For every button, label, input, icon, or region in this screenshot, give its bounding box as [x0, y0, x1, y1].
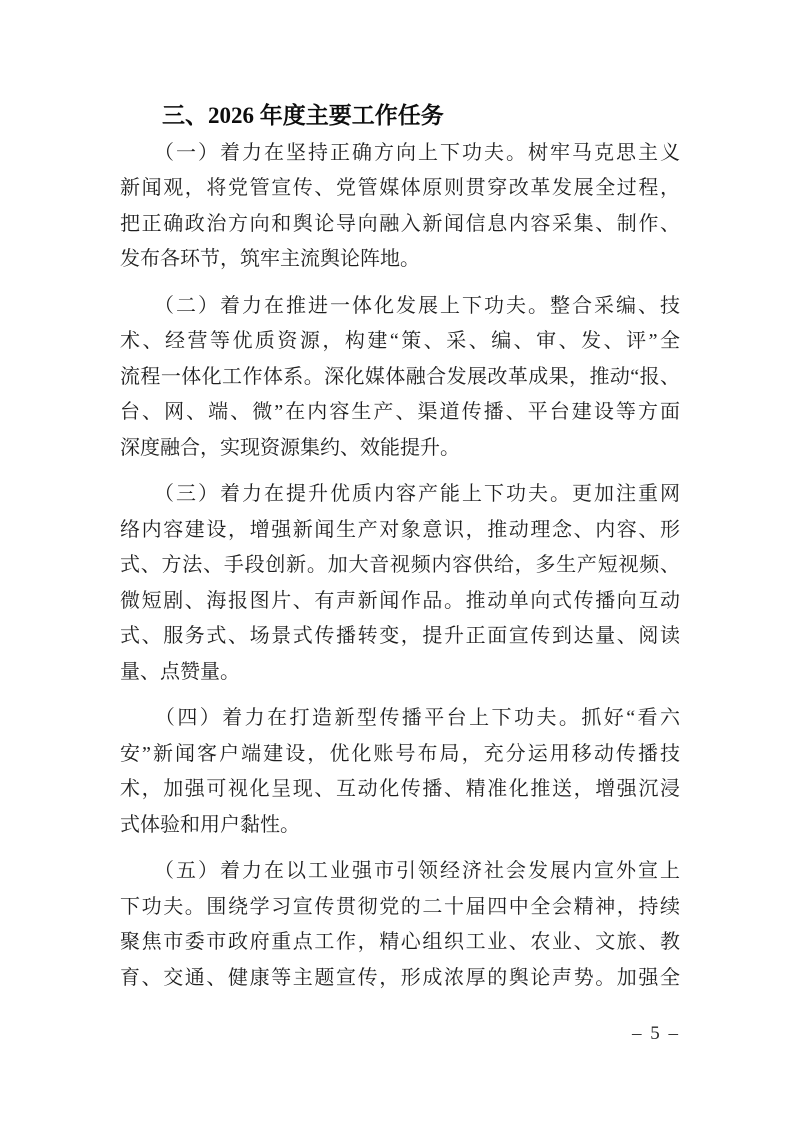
- text-line: 式体验和用户黏性。: [120, 808, 680, 844]
- text-line: 术、经营等优质资源，构建“策、采、编、审、发、评”全: [120, 324, 680, 360]
- text-line: 微短剧、海报图片、有声新闻作品。推动单向式传播向互动: [120, 584, 680, 620]
- text-line: （五）着力在以工业强市引领经济社会发展内宣外宣上: [120, 854, 680, 890]
- text-line: 新闻观，将党管宣传、党管媒体原则贯穿改革发展全过程，: [120, 171, 680, 207]
- text-line: 聚焦市委市政府重点工作，精心组织工业、农业、文旅、教: [120, 925, 680, 961]
- text-line: 流程一体化工作体系。深化媒体融合发展改革成果，推动“报、: [120, 360, 680, 396]
- paragraphs-container: （一）着力在坚持正确方向上下功夫。树牢马克思主义新闻观，将党管宣传、党管媒体原则…: [120, 136, 680, 997]
- text-line: 安”新闻客户端建设，优化账号布局，充分运用移动传播技: [120, 737, 680, 773]
- text-line: 式、服务式、场景式传播转变，提升正面宣传到达量、阅读: [120, 619, 680, 655]
- paragraph: （四）着力在打造新型传播平台上下功夫。抓好“看六安”新闻客户端建设，优化账号布局…: [120, 701, 680, 843]
- document-page: 三、2026 年度主要工作任务 （一）着力在坚持正确方向上下功夫。树牢马克思主义…: [0, 0, 793, 1122]
- text-line: 育、交通、健康等主题宣传，形成浓厚的舆论声势。加强全: [120, 961, 680, 997]
- text-line: 把正确政治方向和舆论导向融入新闻信息内容采集、制作、: [120, 207, 680, 243]
- text-line: （四）着力在打造新型传播平台上下功夫。抓好“看六: [120, 701, 680, 737]
- text-line: 术，加强可视化呈现、互动化传播、精准化推送，增强沉浸: [120, 772, 680, 808]
- section-heading: 三、2026 年度主要工作任务: [120, 98, 680, 134]
- text-line: 下功夫。围绕学习宣传贯彻党的二十届四中全会精神，持续: [120, 890, 680, 926]
- text-line: 络内容建设，增强新闻生产对象意识，推动理念、内容、形: [120, 513, 680, 549]
- text-line: 发布各环节，筑牢主流舆论阵地。: [120, 242, 680, 278]
- text-line: （二）着力在推进一体化发展上下功夫。整合采编、技: [120, 289, 680, 325]
- text-line: 深度融合，实现资源集约、效能提升。: [120, 431, 680, 467]
- text-line: （一）着力在坚持正确方向上下功夫。树牢马克思主义: [120, 136, 680, 172]
- text-line: 式、方法、手段创新。加大音视频内容供给，多生产短视频、: [120, 548, 680, 584]
- text-line: 量、点赞量。: [120, 655, 680, 691]
- page-number: – 5 –: [632, 1022, 680, 1046]
- paragraph: （二）着力在推进一体化发展上下功夫。整合采编、技术、经营等优质资源，构建“策、采…: [120, 289, 680, 467]
- paragraph: （一）着力在坚持正确方向上下功夫。树牢马克思主义新闻观，将党管宣传、党管媒体原则…: [120, 136, 680, 278]
- paragraph: （三）着力在提升优质内容产能上下功夫。更加注重网络内容建设，增强新闻生产对象意识…: [120, 477, 680, 690]
- document-body: 三、2026 年度主要工作任务 （一）着力在坚持正确方向上下功夫。树牢马克思主义…: [120, 98, 680, 996]
- text-line: （三）着力在提升优质内容产能上下功夫。更加注重网: [120, 477, 680, 513]
- text-line: 台、网、端、微”在内容生产、渠道传播、平台建设等方面: [120, 395, 680, 431]
- paragraph: （五）着力在以工业强市引领经济社会发展内宣外宣上下功夫。围绕学习宣传贯彻党的二十…: [120, 854, 680, 996]
